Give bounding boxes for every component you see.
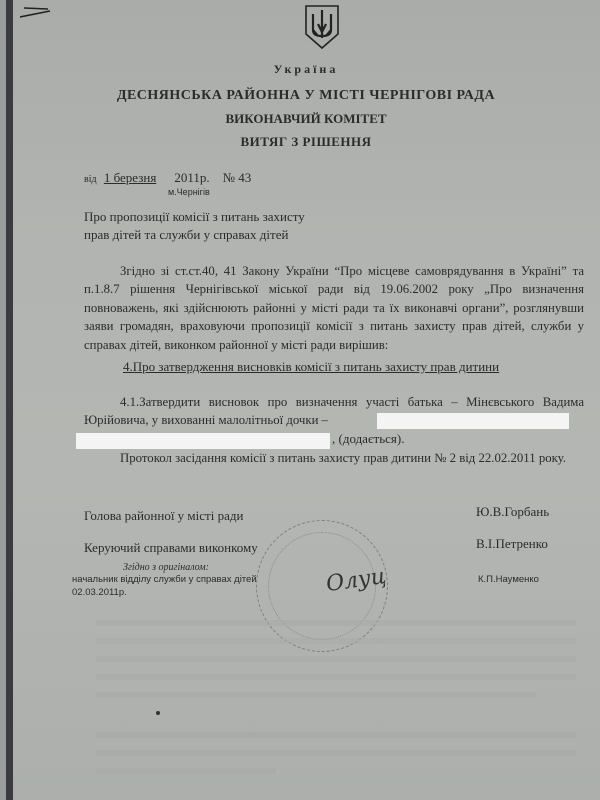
ink-dot	[156, 711, 160, 715]
subject-line-2: прав дітей та служби у справах дітей	[84, 226, 305, 244]
signature-position: Голова районної у місті ради	[84, 508, 243, 524]
bleed-through-line	[96, 732, 576, 738]
certified-note: Згідно з оригіналом:	[123, 562, 209, 573]
signature-name: В.І.Петренко	[476, 536, 548, 552]
bleed-through-line	[96, 656, 576, 662]
preamble: Згідно зі ст.ст.40, 41 Закону України “П…	[84, 262, 584, 354]
signature-position: Керуючий справами виконкому	[84, 540, 258, 556]
decision-number: 43	[238, 170, 251, 185]
document-title: ВИТЯГ З РІШЕННЯ	[6, 134, 600, 150]
city: м.Чернігів	[168, 187, 210, 197]
protocol: Протокол засідання комісії з питань захи…	[84, 449, 584, 467]
committee-name: ВИКОНАВЧИЙ КОМІТЕТ	[6, 111, 600, 127]
bleed-through-line	[96, 620, 576, 626]
council-name: ДЕСНЯНСЬКА РАЙОННА У МІСТІ ЧЕРНІГОВІ РАД…	[6, 88, 600, 104]
subject-line-1: Про пропозиції комісії з питань захисту	[84, 208, 305, 226]
bleed-through-line	[96, 750, 576, 756]
from-label: від	[84, 174, 97, 185]
bleed-through-line	[96, 692, 536, 698]
bleed-through-line	[96, 638, 576, 644]
item-4-1-suffix: , (додається).	[332, 431, 404, 447]
year-value: 2011р.	[174, 170, 209, 185]
country-name: Україна	[6, 62, 600, 77]
number-label: №	[223, 170, 235, 185]
bleed-through-line	[96, 768, 276, 774]
certifier-name: К.П.Науменко	[478, 574, 539, 585]
certification-date: 02.03.2011р.	[72, 587, 127, 598]
decision-date: від 1 березня2011р. № 43	[84, 170, 251, 186]
signature-name: Ю.В.Горбань	[476, 504, 549, 520]
certifier-position: начальник відділу служби у справах дітей	[72, 574, 257, 585]
trident-coat-of-arms-icon	[304, 4, 340, 50]
handwritten-mark-icon	[20, 5, 52, 19]
bleed-through-line	[96, 674, 576, 680]
document-page: Україна ДЕСНЯНСЬКА РАЙОННА У МІСТІ ЧЕРНІ…	[6, 0, 600, 800]
date-value: 1 березня	[100, 170, 174, 185]
section-title: 4.Про затвердження висновків комісії з п…	[123, 359, 499, 375]
subject: Про пропозиції комісії з питань захисту …	[84, 208, 305, 244]
redacted-block	[377, 413, 569, 429]
redacted-block	[76, 433, 330, 449]
